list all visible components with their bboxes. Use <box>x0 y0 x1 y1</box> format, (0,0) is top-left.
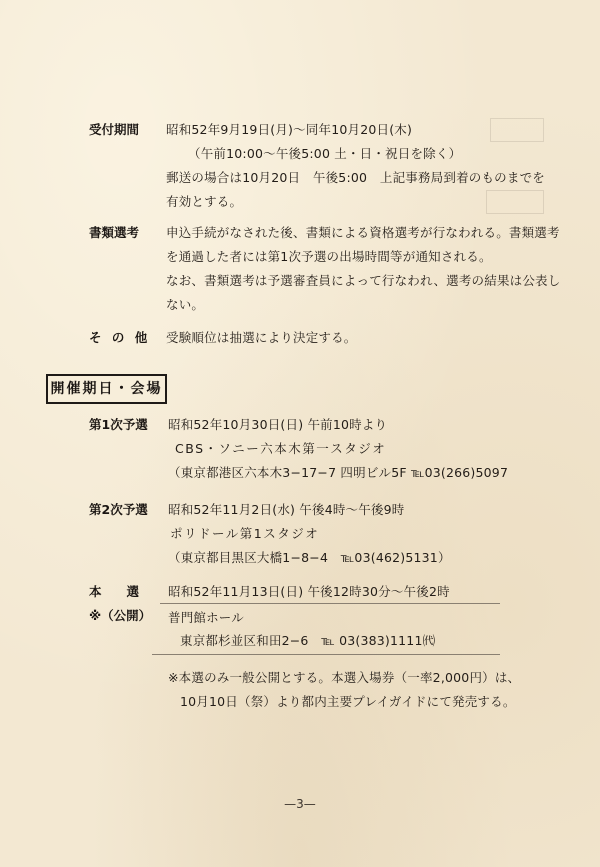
reception-period-line: 郵送の場合は10月20日 午後5:00 上記事務局到着のものまでを <box>166 167 545 188</box>
second-preliminary-venue: ポリドール第1スタジオ <box>170 523 319 544</box>
final-label: 本 選 <box>89 581 139 602</box>
reception-period-line: 昭和52年9月19日(月)〜同年10月20日(木) <box>166 119 412 140</box>
reception-period-label: 受付期間 <box>89 119 139 140</box>
document-screening-label: 書類選考 <box>89 222 139 243</box>
underline-rule <box>160 603 500 604</box>
second-preliminary-label: 第2次予選 <box>89 499 148 520</box>
page-number: —3— <box>0 797 600 811</box>
reception-period-line: 有効とする。 <box>166 191 242 212</box>
underline-rule <box>152 654 500 655</box>
document-page: 受付期間 昭和52年9月19日(月)〜同年10月20日(木) （午前10:00〜… <box>0 0 600 867</box>
document-screening-line: 申込手続がなされた後、書類による資格選考が行なわれる。書類選考 <box>166 222 560 243</box>
bleed-through-box <box>490 118 544 142</box>
reception-period-line: （午前10:00〜午後5:00 土・日・祝日を除く） <box>188 143 461 164</box>
final-date: 昭和52年11月13日(日) 午後12時30分〜午後2時 <box>168 581 450 602</box>
bleed-through-box <box>486 190 544 214</box>
other-line: 受験順位は抽選により決定する。 <box>166 327 357 348</box>
venue-section-heading: 開催期日・会場 <box>46 374 167 404</box>
other-label: そ の 他 <box>89 327 150 348</box>
document-screening-line: ない。 <box>166 294 204 315</box>
final-venue: 普門館ホール <box>168 607 244 628</box>
second-preliminary-address: （東京都目黒区大橋1−8−4 ℡03(462)5131） <box>168 547 451 568</box>
ticket-note-line: 10月10日（祭）より都内主要プレイガイドにて発売する。 <box>180 691 516 712</box>
second-preliminary-date: 昭和52年11月2日(水) 午後4時〜午後9時 <box>168 499 405 520</box>
first-preliminary-venue: CBS・ソニー六本木第一スタジオ <box>175 438 386 459</box>
first-preliminary-address: （東京都港区六本木3−17−7 四明ビル5F ℡03(266)5097 <box>168 462 508 483</box>
final-address: 東京都杉並区和田2−6 ℡ 03(383)1111㈹ <box>180 630 435 651</box>
document-screening-line: を通過した者には第1次予選の出場時間等が通知される。 <box>166 246 492 267</box>
ticket-note-line: ※本選のみ一般公開とする。本選入場券（一率2,000円）は、 <box>168 667 520 688</box>
first-preliminary-date: 昭和52年10月30日(日) 午前10時より <box>168 414 387 435</box>
first-preliminary-label: 第1次予選 <box>89 414 148 435</box>
document-screening-line: なお、書類選考は予選審査員によって行なわれ、選考の結果は公表し <box>166 270 560 291</box>
final-public-label: ※（公開） <box>89 605 151 626</box>
